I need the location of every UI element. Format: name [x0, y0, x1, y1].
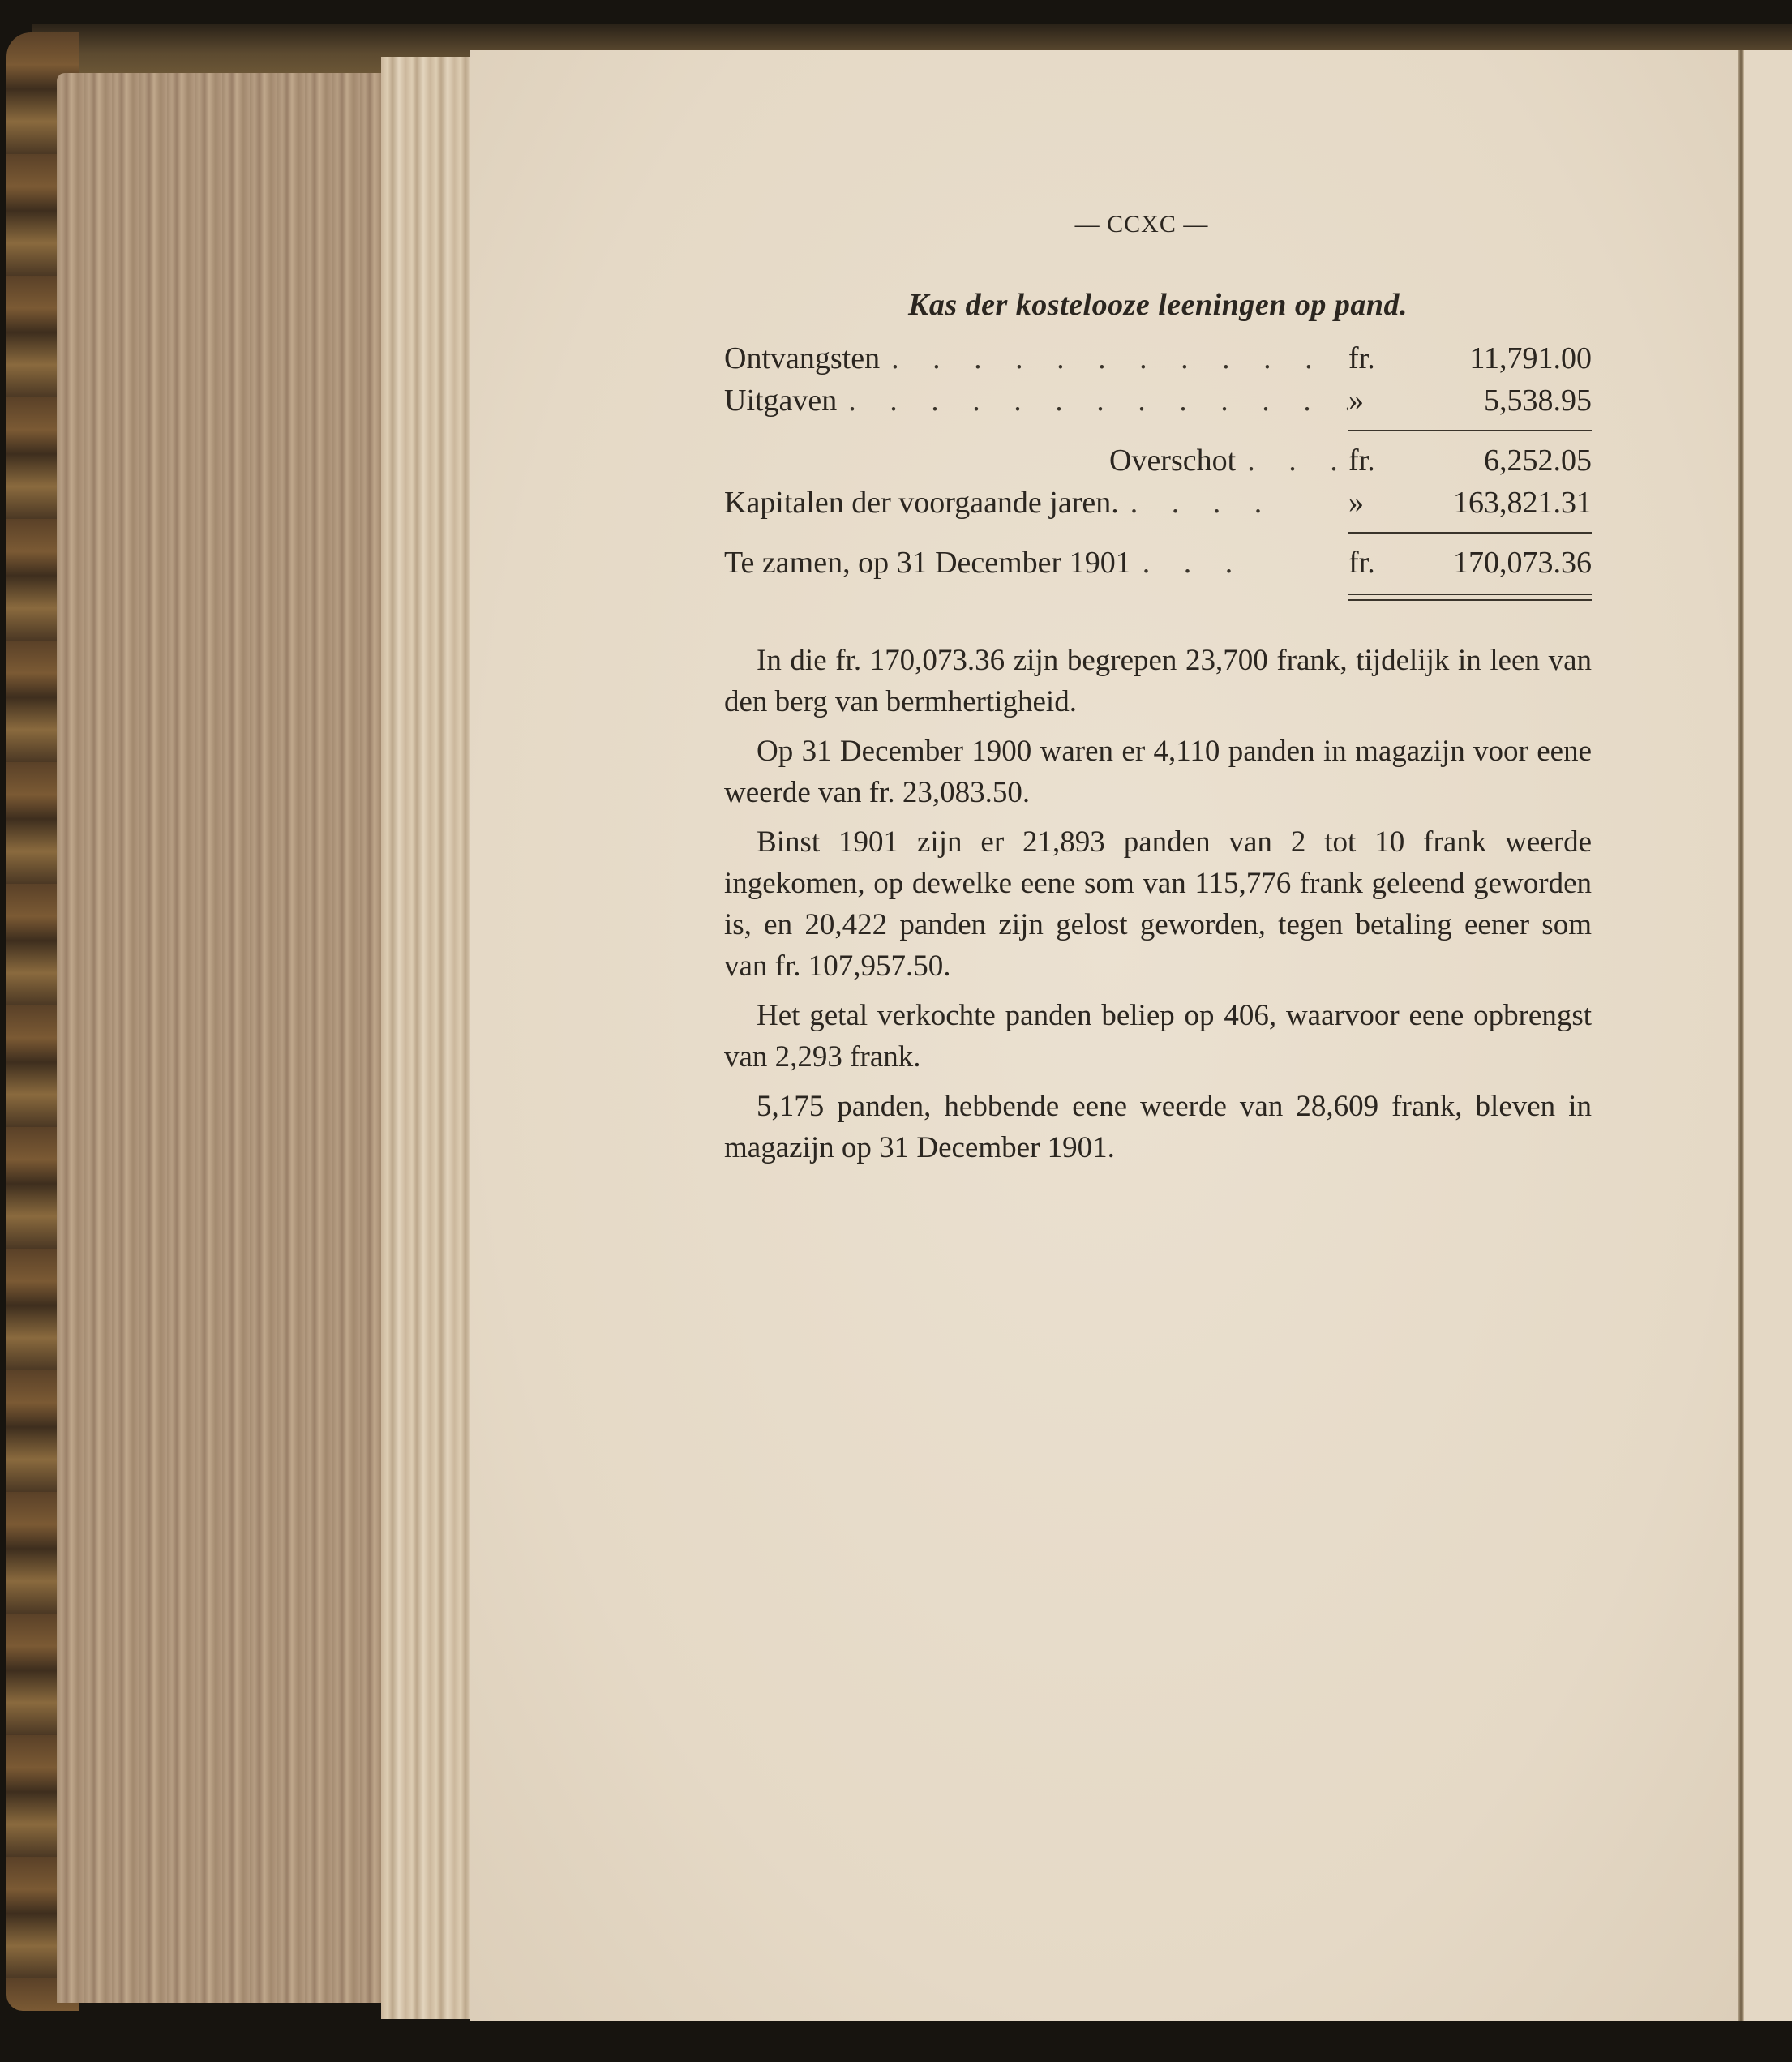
page-content: — CCXC — Kas der kostelooze leeningen op… [724, 211, 1592, 1177]
ledger-amount: 5,538.95 [1405, 383, 1592, 418]
ledger-amount: 170,073.36 [1405, 545, 1592, 581]
leader-dots: . . . . . . . . . . . . . [837, 383, 1348, 418]
paragraph: In die fr. 170,073.36 zijn begrepen 23,7… [724, 640, 1592, 722]
body-text: In die fr. 170,073.36 zijn begrepen 23,7… [724, 640, 1592, 1168]
ledger-table: Ontvangsten . . . . . . . . . . . fr. 11… [724, 341, 1592, 601]
page-gutter [1738, 50, 1744, 2021]
ledger-label: Ontvangsten [724, 341, 880, 376]
facing-page-edge [1744, 50, 1792, 2021]
leader-dots: . . . [1131, 545, 1348, 581]
ledger-row-ontvangsten: Ontvangsten . . . . . . . . . . . fr. 11… [724, 341, 1592, 383]
paragraph: Op 31 December 1900 waren er 4,110 pande… [724, 731, 1592, 813]
currency-mark: fr. [1348, 341, 1405, 376]
currency-mark: fr. [1348, 545, 1405, 581]
ledger-label: Te zamen, op 31 December 1901 [724, 545, 1131, 581]
page-number-header: — CCXC — [692, 211, 1592, 238]
leader-dots: . . . [1236, 443, 1348, 478]
ledger-row-kapitalen: Kapitalen der voorgaande jaren. . . . . … [724, 485, 1592, 527]
ledger-label: Kapitalen der voorgaande jaren. [724, 485, 1119, 521]
ledger-amount: 11,791.00 [1405, 341, 1592, 376]
section-title: Kas der kostelooze leeningen op pand. [724, 287, 1592, 323]
page-edges-stack [57, 73, 381, 2003]
total-double-rule [1348, 594, 1592, 601]
currency-mark: » [1348, 485, 1405, 521]
currency-mark: fr. [1348, 443, 1405, 478]
ledger-row-overschot: Overschot . . . fr. 6,252.05 [724, 443, 1592, 485]
ledger-row-uitgaven: Uitgaven . . . . . . . . . . . . . » 5,5… [724, 383, 1592, 425]
sum-rule [1348, 430, 1592, 431]
ledger-label: Overschot [724, 443, 1236, 478]
ledger-amount: 163,821.31 [1405, 485, 1592, 521]
paragraph: Binst 1901 zijn er 21,893 panden van 2 t… [724, 821, 1592, 987]
ledger-amount: 6,252.05 [1405, 443, 1592, 478]
currency-mark: » [1348, 383, 1405, 418]
page-edges-inner [381, 57, 470, 2019]
ledger-row-totaal: Te zamen, op 31 December 1901 . . . fr. … [724, 545, 1592, 587]
sum-rule [1348, 532, 1592, 534]
paragraph: 5,175 panden, hebbende eene weerde van 2… [724, 1086, 1592, 1168]
leader-dots: . . . . . . . . . . . [880, 341, 1348, 376]
ledger-label: Uitgaven [724, 383, 837, 418]
leader-dots: . . . . [1119, 485, 1348, 521]
paragraph: Het getal verkochte panden beliep op 406… [724, 995, 1592, 1078]
